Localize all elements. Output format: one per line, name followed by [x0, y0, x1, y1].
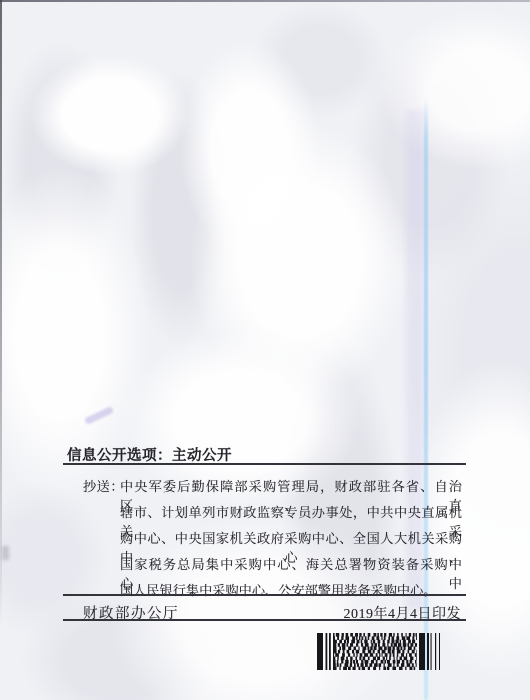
cc-line: 购中心、中央国家机关政府采购中心、全国人大机关采购中心、: [120, 528, 462, 550]
cc-line: 中央军委后勤保障部采购管理局，财政部驻各省、自治区、直: [120, 476, 462, 498]
cc-line: 国人民银行集中采购中心、公安部警用装备采购中心。: [120, 580, 462, 602]
separator-rule-middle: [63, 594, 466, 596]
separator-rule-top: [63, 463, 466, 465]
cc-line: 辖市、计划单列市财政监察专员办事处，中共中央直属机关采: [120, 502, 462, 524]
document-barcode-pdf417: [317, 633, 450, 670]
disclosure-option-line: 信息公开选项：主动公开: [67, 444, 232, 465]
cc-label: 抄送：: [83, 476, 124, 495]
scanned-document-page: 信息公开选项：主动公开 抄送： 中央军委后勤保障部采购管理局，财政部驻各省、自治…: [0, 0, 530, 700]
cc-line: 国家税务总局集中采购中心、海关总署物资装备采购中心、中: [120, 554, 462, 576]
document-content: 信息公开选项：主动公开 抄送： 中央军委后勤保障部采购管理局，财政部驻各省、自治…: [0, 0, 530, 700]
separator-rule-bottom: [63, 619, 466, 621]
